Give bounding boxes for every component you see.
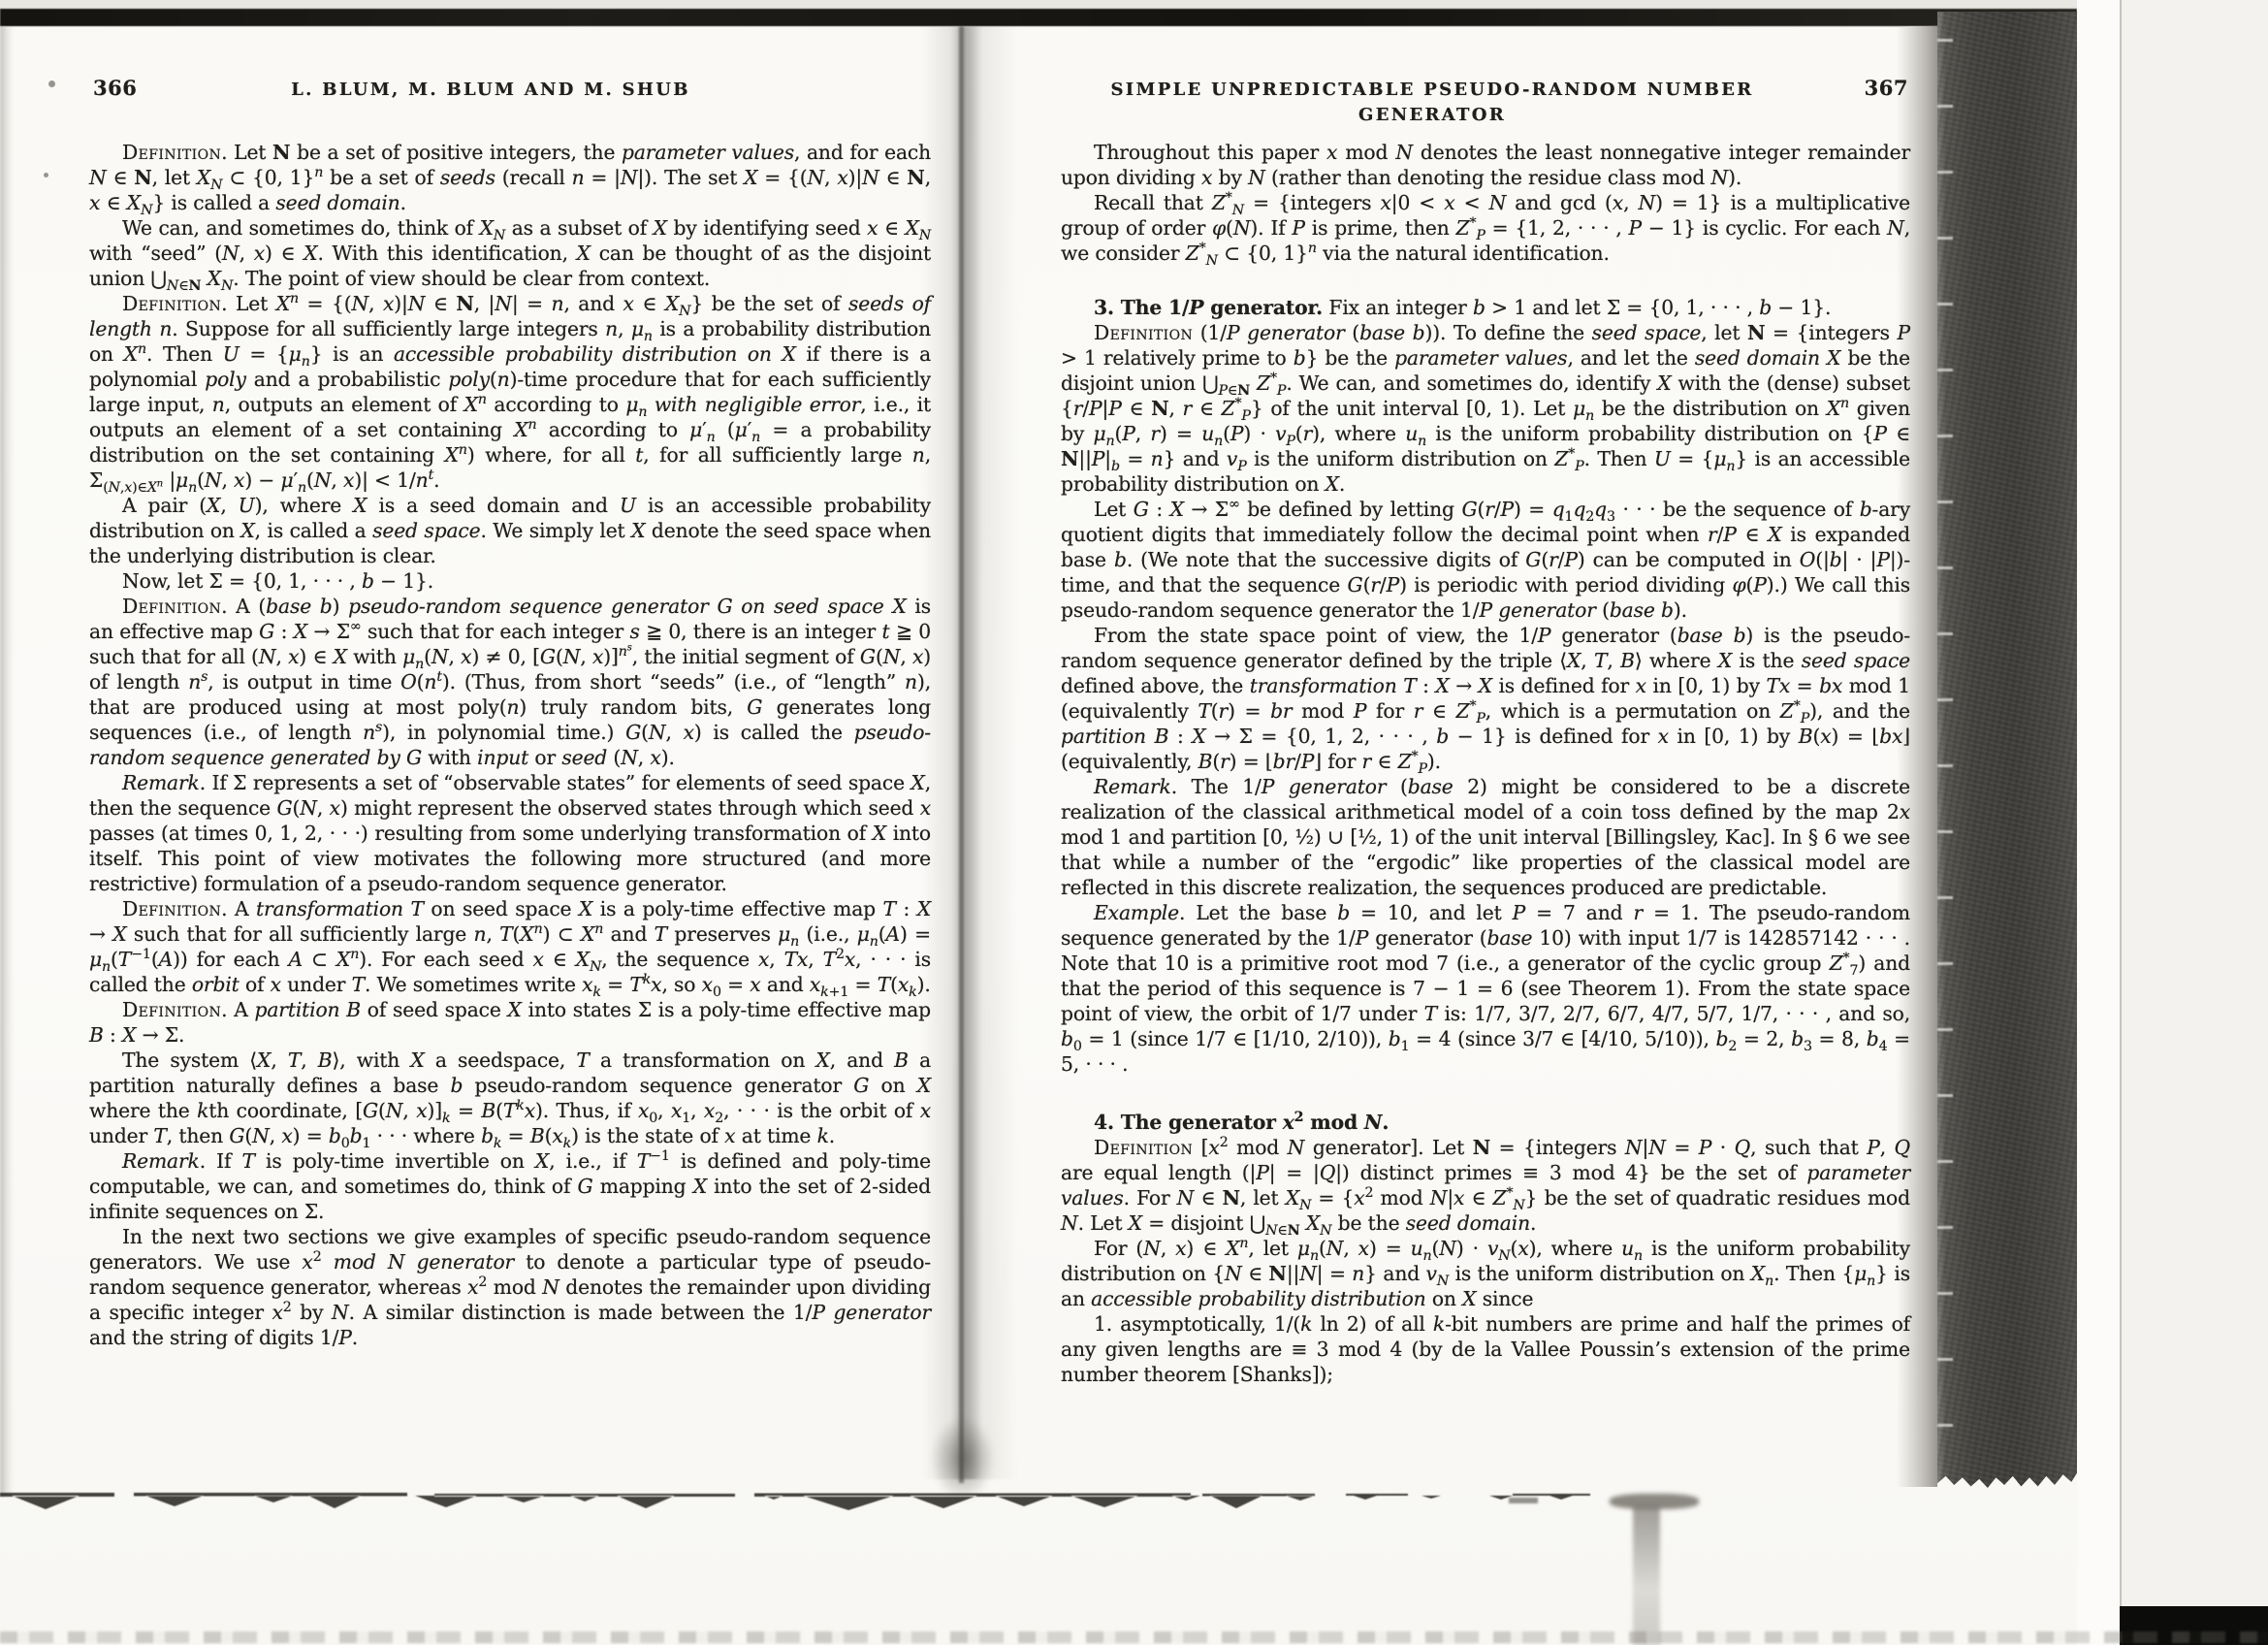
para-system-xtb: The system ⟨X, T, B⟩, with X a seedspace…	[89, 1048, 931, 1148]
scan-bottom-noise	[0, 1631, 2268, 1643]
para-state-space-view: From the state space point of view, the …	[1061, 623, 1910, 774]
para-sigma: Now, let Σ = {0, 1, · · · , b − 1}.	[89, 568, 931, 594]
gutter-bottom-smudge	[931, 1416, 995, 1501]
scan-top-black-bar	[0, 9, 2077, 26]
scan-top-light-strip	[0, 0, 2077, 9]
scan-speck	[44, 173, 48, 177]
page-gutter-shadow	[921, 26, 1018, 1479]
book-spine-dark-band	[1937, 12, 2077, 1488]
def-accessible-distribution: Definition. Let Xn = {(N, x)|N ∈ N, |N| …	[89, 291, 931, 493]
remark-invertible: Remark. If T is poly-time invertible on …	[89, 1148, 931, 1224]
right-page: SIMPLE UNPREDICTABLE PSEUDO-RANDOM NUMBE…	[1061, 76, 1910, 1387]
def-seed-domain: Definition. Let N be a set of positive i…	[89, 140, 931, 215]
def-generator: Definition. A (base b) pseudo-random seq…	[89, 594, 931, 770]
page-gutter-fold-line	[959, 26, 964, 1483]
scanned-paper-spread: 366 L. BLUM, M. BLUM AND M. SHUB Definit…	[0, 0, 2268, 1645]
def-x2-generator: Definition [x2 mod N generator]. Let N =…	[1061, 1135, 1910, 1236]
bottom-tear-edge	[0, 1490, 1610, 1521]
para-mu-n: For (N, x) ∈ Xn, let μn(N, x) = un(N) · …	[1061, 1236, 1910, 1311]
scan-speck	[48, 81, 55, 87]
para-next-sections: In the next two sections we give example…	[89, 1224, 931, 1350]
para-g-definition: Let G : X → Σ∞ be defined by letting G(r…	[1061, 497, 1910, 623]
bottom-smudge-stem	[1633, 1505, 1660, 1645]
remark-observable-states: Remark. If Σ represents a set of “observ…	[89, 770, 931, 896]
item-asymptotic-primes: 1. asymptotically, 1/(k ln 2) of all k-b…	[1061, 1311, 1910, 1387]
heading-section-4: 4. The generator x2 mod N.	[1061, 1110, 1910, 1135]
right-page-body-text: Throughout this paper x mod N denotes th…	[1061, 140, 1910, 1387]
def-transformation: Definition. A transformation T on seed s…	[89, 896, 931, 997]
running-header: SIMPLE UNPREDICTABLE PSEUDO-RANDOM NUMBE…	[1061, 76, 1910, 128]
page-number: 366	[93, 76, 137, 101]
def-partition: Definition. A partition B of seed space …	[89, 997, 931, 1048]
heading-section-3: 3. The 1/P generator. Fix an integer b >…	[1061, 295, 1910, 320]
running-header: L. BLUM, M. BLUM AND M. SHUB	[89, 76, 931, 103]
page-stack-white-edge	[2077, 0, 2122, 1645]
remark-coin-toss: Remark. The 1/P generator (base 2) might…	[1061, 774, 1910, 900]
left-page: 366 L. BLUM, M. BLUM AND M. SHUB Definit…	[89, 76, 931, 1350]
example-1-7: Example. Let the base b = 10, and let P …	[1061, 900, 1910, 1077]
para-seed-space: A pair (X, U), where X is a seed domain …	[89, 493, 931, 568]
bottom-edge-mark	[1509, 1498, 1538, 1503]
def-1p-generator: Definition (1/P generator (base b)). To …	[1061, 320, 1910, 497]
page-number: 367	[1865, 76, 1908, 101]
left-page-body-text: Definition. Let N be a set of positive i…	[89, 140, 931, 1350]
spine-page-edge-glints	[1937, 39, 1953, 1474]
para-identify-seed: We can, and sometimes do, think of XN as…	[89, 215, 931, 291]
para-mod-convention: Throughout this paper x mod N denotes th…	[1061, 140, 1910, 190]
scan-left-edge-shadow	[0, 26, 14, 1497]
right-running-head-row: SIMPLE UNPREDICTABLE PSEUDO-RANDOM NUMBE…	[1061, 76, 1910, 105]
para-recall-zn: Recall that Z*N = {integers x|0 < x < N …	[1061, 190, 1910, 266]
left-running-head-row: 366 L. BLUM, M. BLUM AND M. SHUB	[89, 76, 931, 105]
